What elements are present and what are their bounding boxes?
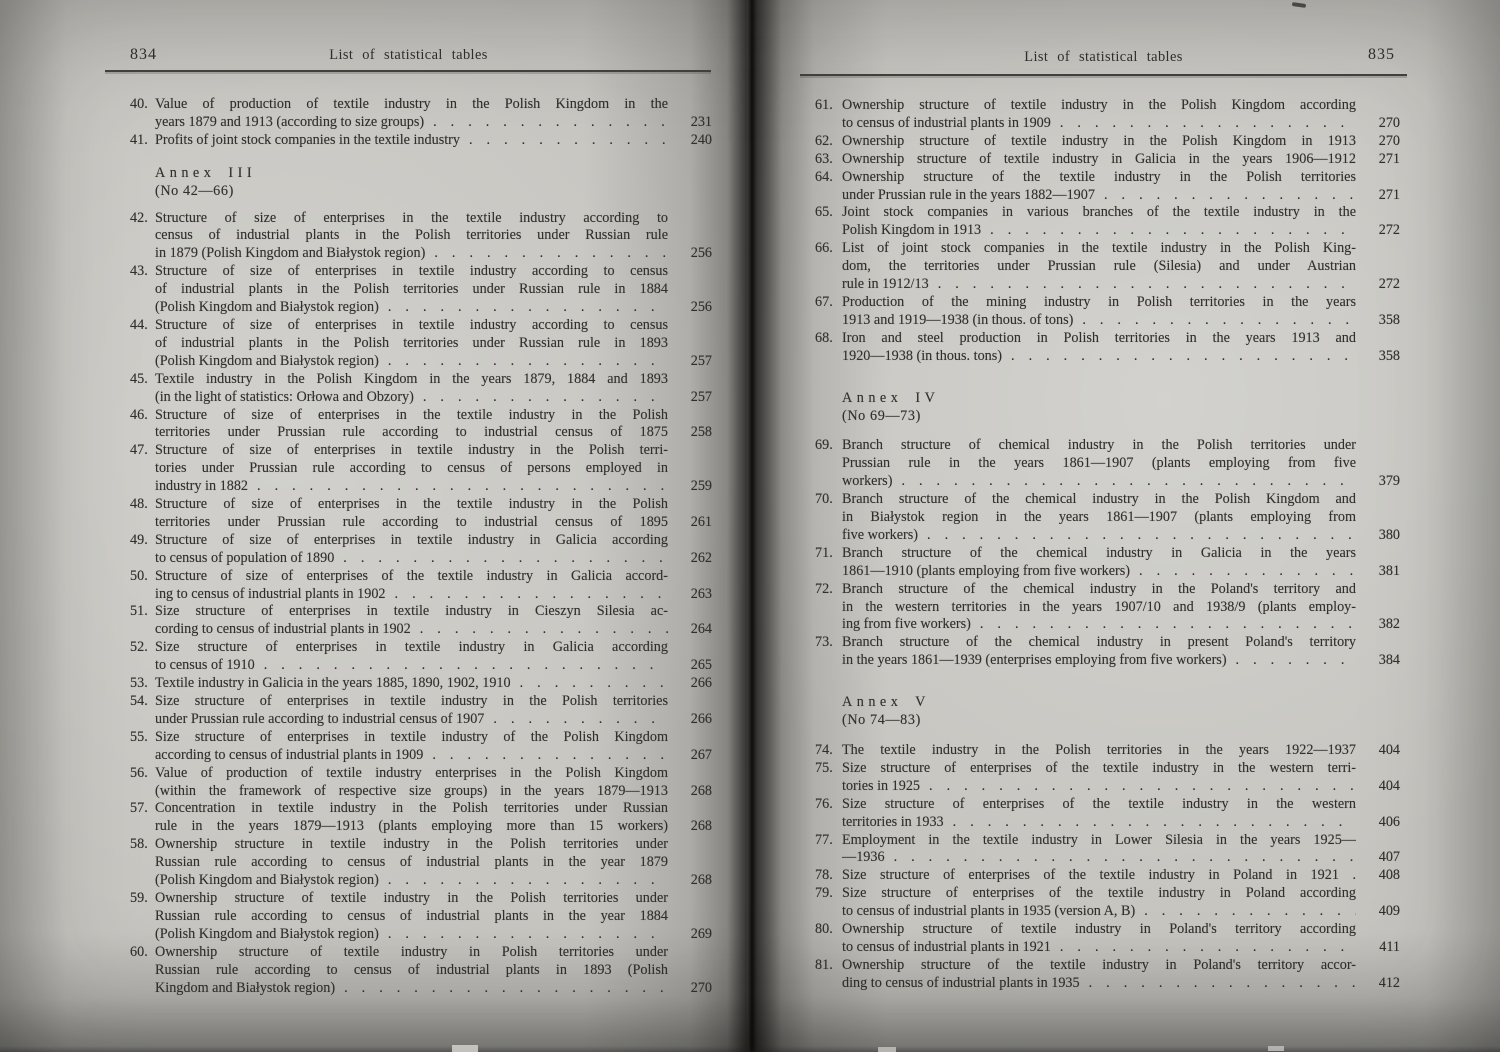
leader-dots: ........................................… <box>257 478 668 496</box>
item-number: 59. <box>130 890 148 908</box>
item-number: 50. <box>130 568 148 586</box>
page-ref: 409 <box>1356 903 1400 921</box>
toc-item: 72.Branch structure of the chemical indu… <box>815 581 1400 635</box>
toc-item: 60.Ownership structure of textile indust… <box>130 944 712 998</box>
item-text-line: of industrial plants in the Polish terri… <box>155 335 668 353</box>
leader-dots: ........................................… <box>990 222 1356 240</box>
page-ref: 404 <box>1356 778 1400 796</box>
page-ref: 264 <box>668 621 712 639</box>
leader-dots: ........................................… <box>432 747 668 765</box>
item-number: 44. <box>130 317 148 335</box>
item-text-line: Textile industry in the Polish Kingdom i… <box>155 371 668 389</box>
item-text-line: Branch structure of the chemical industr… <box>842 634 1356 652</box>
item-text-line: Branch structure of the chemical industr… <box>842 581 1356 599</box>
toc-item: 46.Structure of size of enterprises in t… <box>130 407 712 443</box>
page-ref: 270 <box>668 980 712 998</box>
item-text-line: to census of industrial plants in 1935 (… <box>842 903 1356 921</box>
item-text-line: to census of population of 1890.........… <box>155 550 668 568</box>
item-text-line: ding to census of industrial plants in 1… <box>842 975 1356 993</box>
toc-item: 54.Size structure of enterprises in text… <box>130 693 712 729</box>
item-text: (in the light of statistics: Orłowa and … <box>155 389 414 407</box>
item-text-line: Russian rule according to census of indu… <box>155 908 668 926</box>
toc-item: 67.Production of the mining industry in … <box>815 294 1400 330</box>
item-text-line: Prussian rule in the years 1861—1907 (pl… <box>842 455 1356 473</box>
item-number: 63. <box>815 151 833 169</box>
item-text-line: Ownership structure of textile industry … <box>155 890 668 908</box>
page-ref: 407 <box>1356 849 1400 867</box>
toc-item: 51.Size structure of enterprises in text… <box>130 603 712 639</box>
item-text-line: in the western territories in the years … <box>842 599 1356 617</box>
toc-item: 75.Size structure of enterprises of the … <box>815 760 1400 796</box>
item-number: 67. <box>815 294 833 312</box>
item-text: cording to census of industrial plants i… <box>155 621 411 639</box>
item-text: to census of industrial plants in 1935 (… <box>842 903 1135 921</box>
item-number: 79. <box>815 885 833 903</box>
item-text: 1913 and 1919—1938 (in thous. of tons) <box>842 312 1073 330</box>
item-number: 73. <box>815 634 833 652</box>
item-text-line: 1920—1938 (in thous. tons)..............… <box>842 348 1356 366</box>
page-ref: 404 <box>1356 742 1400 760</box>
leader-dots: ........................................… <box>1144 903 1356 921</box>
leader-dots: ........................................… <box>1139 563 1356 581</box>
toc-item: 65.Joint stock companies in various bran… <box>815 204 1400 240</box>
leader-dots: ........................................… <box>927 527 1356 545</box>
toc-item: 77.Employment in the textile industry in… <box>815 832 1400 868</box>
item-number: 57. <box>130 800 148 818</box>
item-text-line: —1936...................................… <box>842 849 1356 867</box>
page-ref: 379 <box>1356 473 1400 491</box>
item-text-line: 1861—1910 (plants employing from five wo… <box>842 563 1356 581</box>
annex-title: Annex III <box>155 165 712 183</box>
leader-dots: ........................................… <box>493 711 668 729</box>
page-ref: 358 <box>1356 312 1400 330</box>
item-text: (Polish Kingdom and Białystok region) <box>155 299 379 317</box>
page-ref: 265 <box>668 657 712 675</box>
item-text-line: Structure of size of enterprises in text… <box>155 317 668 335</box>
scan-artifact <box>1268 1046 1284 1051</box>
item-text-line: Size structure of enterprises in textile… <box>155 603 668 621</box>
item-number: 61. <box>815 97 833 115</box>
item-text-line: Russian rule according to census of indu… <box>155 854 668 872</box>
item-text: to census of industrial plants in 1921 <box>842 939 1051 957</box>
leader-dots: ........................................… <box>395 586 668 604</box>
item-text-line: industry in 1882........................… <box>155 478 668 496</box>
item-text-line: (Polish Kingdom and Białystok region)...… <box>155 872 668 890</box>
item-text-line: Textile industry in Galicia in the years… <box>155 675 668 693</box>
item-text-line: Profits of joint stock companies in the … <box>155 132 668 150</box>
right-page-number: 835 <box>1335 46 1395 64</box>
item-text-line: Structure of size of enterprises in the … <box>155 210 668 228</box>
item-text-line: Structure of size of enterprises in text… <box>155 263 668 281</box>
leader-dots: ........................................… <box>343 550 668 568</box>
page-ref: 267 <box>668 747 712 765</box>
item-number: 51. <box>130 603 148 621</box>
item-number: 64. <box>815 169 833 187</box>
toc-item: 58.Ownership structure in textile indust… <box>130 836 712 890</box>
leader-dots: ........................................… <box>423 389 668 407</box>
item-text: ing from five workers) <box>842 616 971 634</box>
book-scan: { "meta": { "document_title": "List of s… <box>0 0 1500 1052</box>
toc-item: 52.Size structure of enterprises in text… <box>130 639 712 675</box>
item-text-line: Structure of size of enterprises of the … <box>155 568 668 586</box>
toc-item: 64.Ownership structure of the textile in… <box>815 169 1400 205</box>
toc-item: 53.Textile industry in Galicia in the ye… <box>130 675 712 693</box>
item-text: five workers) <box>842 527 918 545</box>
item-text-line: five workers)...........................… <box>842 527 1356 545</box>
leader-dots: ........................................… <box>344 980 668 998</box>
item-text: —1936 <box>842 849 885 867</box>
leader-dots: ........................................… <box>434 245 668 263</box>
toc-item: 71.Branch structure of the chemical indu… <box>815 545 1400 581</box>
leader-dots: ........................................… <box>894 849 1356 867</box>
leader-dots: ........................................… <box>953 814 1356 832</box>
leader-dots: ........................................… <box>388 926 668 944</box>
item-text: to census of population of 1890 <box>155 550 334 568</box>
annex-number-range: (No 42—66) <box>155 183 712 201</box>
toc-item: 78.Size structure of enterprises of the … <box>815 867 1400 885</box>
scan-artifact <box>878 1047 896 1052</box>
toc-item: 74.The textile industry in the Polish te… <box>815 742 1400 760</box>
item-text-line: Branch structure of chemical industry in… <box>842 437 1356 455</box>
leader-dots: ........................................… <box>1089 975 1356 993</box>
page-ref: 271 <box>1356 187 1400 205</box>
page-ref: 266 <box>668 711 712 729</box>
leader-dots: ........................................… <box>388 353 668 371</box>
item-number: 54. <box>130 693 148 711</box>
item-text-line: workers)................................… <box>842 473 1356 491</box>
item-text: in the years 1861—1939 (enterprises empl… <box>842 652 1227 670</box>
toc-item: 81.Ownership structure of the textile in… <box>815 957 1400 993</box>
item-text-line: under Prussian rule in the years 1882—19… <box>842 187 1356 205</box>
toc-item: 41.Profits of joint stock companies in t… <box>130 132 712 150</box>
item-text-line: Branch structure of the chemical industr… <box>842 491 1356 509</box>
item-text-line: Size structure of enterprises of the tex… <box>842 885 1356 903</box>
page-ref: 270 <box>1356 115 1400 133</box>
leader-dots: ........................................… <box>980 616 1356 634</box>
item-text-line: (Polish Kingdom and Białystok region)...… <box>155 926 668 944</box>
toc-item: 49.Structure of size of enterprises in t… <box>130 532 712 568</box>
item-text-line: Ownership structure of textile industry … <box>842 97 1356 115</box>
item-text-line: in the years 1861—1939 (enterprises empl… <box>842 652 1356 670</box>
annex-heading: Annex IV(No 69—73) <box>842 390 1400 426</box>
item-text-line: Size structure of enterprises in textile… <box>155 639 668 657</box>
toc-item: 40.Value of production of textile indust… <box>130 96 712 132</box>
item-number: 69. <box>815 437 833 455</box>
item-text-line: to census of industrial plants in 1921..… <box>842 939 1356 957</box>
item-text: tories in 1925 <box>842 778 920 796</box>
item-text-line: (within the framework of respective size… <box>155 783 668 801</box>
item-text-line: tories in 1925..........................… <box>842 778 1356 796</box>
page-ref: 406 <box>1356 814 1400 832</box>
item-number: 43. <box>130 263 148 281</box>
item-text-line: Ownership structure of textile industry … <box>842 133 1356 151</box>
item-text: Polish Kingdom in 1913 <box>842 222 981 240</box>
annex-heading: Annex III(No 42—66) <box>155 165 712 201</box>
item-text: (Polish Kingdom and Białystok region) <box>155 872 379 890</box>
page-ref: 271 <box>1356 151 1400 169</box>
item-text: territories in 1933 <box>842 814 944 832</box>
item-text-line: rule in 1912/13.........................… <box>842 276 1356 294</box>
page-ref: 266 <box>668 675 712 693</box>
page-ref: 268 <box>668 783 712 801</box>
page-ref: 408 <box>1356 867 1400 885</box>
item-text: years 1879 and 1913 (according to size g… <box>155 114 424 132</box>
leader-dots: ........................................… <box>388 299 668 317</box>
scan-artifact <box>452 1045 478 1052</box>
item-text-line: Size structure of enterprises in textile… <box>155 693 668 711</box>
leader-dots: ........................................… <box>1236 652 1356 670</box>
item-number: 40. <box>130 96 148 114</box>
toc-item: 47.Structure of size of enterprises in t… <box>130 442 712 496</box>
item-text-line: Ownership structure in textile industry … <box>155 836 668 854</box>
page-ref: 381 <box>1356 563 1400 581</box>
item-text-line: ing from five workers)..................… <box>842 616 1356 634</box>
right-running-head: List of statistical tables <box>800 49 1407 66</box>
item-text: (Polish Kingdom and Białystok region) <box>155 353 379 371</box>
leader-dots: ........................................… <box>938 276 1356 294</box>
item-text: rule in 1912/13 <box>842 276 929 294</box>
toc-item: 55.Size structure of enterprises in text… <box>130 729 712 765</box>
item-text: 1861—1910 (plants employing from five wo… <box>842 563 1130 581</box>
item-number: 53. <box>130 675 148 693</box>
toc-item: 44.Structure of size of enterprises in t… <box>130 317 712 371</box>
item-number: 52. <box>130 639 148 657</box>
toc-item: 48.Structure of size of enterprises in t… <box>130 496 712 532</box>
item-text: (Polish Kingdom and Białystok region) <box>155 926 379 944</box>
leader-dots: ........................................… <box>1060 115 1356 133</box>
item-text-line: territories under Prussian rule accordin… <box>155 514 668 532</box>
toc-item: 45.Textile industry in the Polish Kingdo… <box>130 371 712 407</box>
item-text: ing to census of industrial plants in 19… <box>155 586 386 604</box>
item-text-line: Ownership structure of the textile indus… <box>842 169 1356 187</box>
toc-item: 56.Value of production of textile indust… <box>130 765 712 801</box>
item-text: Textile industry in Galicia in the years… <box>155 675 511 693</box>
page-ref: 384 <box>1356 652 1400 670</box>
item-text-line: (Polish Kingdom and Białystok region)...… <box>155 353 668 371</box>
page-ref: 272 <box>1356 276 1400 294</box>
item-text-line: territories under Prussian rule accordin… <box>155 424 668 442</box>
item-text-line: according to census of industrial plants… <box>155 747 668 765</box>
item-text-line: under Prussian rule according to industr… <box>155 711 668 729</box>
annex-heading: Annex V(No 74—83) <box>842 694 1400 730</box>
item-number: 42. <box>130 210 148 228</box>
item-text-line: Employment in the textile industry in Lo… <box>842 832 1356 850</box>
leader-dots: ........................................… <box>1104 187 1356 205</box>
toc-item: 76.Size structure of enterprises of the … <box>815 796 1400 832</box>
item-text-line: Value of production of textile industry … <box>155 96 668 114</box>
item-number: 75. <box>815 760 833 778</box>
scan-artifact <box>1292 2 1306 8</box>
leader-dots: ........................................… <box>901 473 1356 491</box>
toc-item: 73.Branch structure of the chemical indu… <box>815 634 1400 670</box>
item-text: 1920—1938 (in thous. tons) <box>842 348 1002 366</box>
item-number: 41. <box>130 132 148 150</box>
annex-number-range: (No 69—73) <box>842 408 1400 426</box>
item-text-line: List of joint stock companies in the tex… <box>842 240 1356 258</box>
item-text: workers) <box>842 473 892 491</box>
item-text: under Prussian rule according to industr… <box>155 711 484 729</box>
item-text: under Prussian rule in the years 1882—19… <box>842 187 1095 205</box>
item-number: 58. <box>130 836 148 854</box>
item-number: 46. <box>130 407 148 425</box>
item-number: 76. <box>815 796 833 814</box>
toc-item: 69.Branch structure of chemical industry… <box>815 437 1400 491</box>
page-ref: 263 <box>668 586 712 604</box>
item-text: ding to census of industrial plants in 1… <box>842 975 1080 993</box>
leader-dots: ........................................… <box>420 621 668 639</box>
toc-item: 66.List of joint stock companies in the … <box>815 240 1400 294</box>
item-text-line: Russian rule according to census of indu… <box>155 962 668 980</box>
toc-item: 57.Concentration in textile industry in … <box>130 800 712 836</box>
page-ref: 269 <box>668 926 712 944</box>
page-ref: 358 <box>1356 348 1400 366</box>
item-text-line: Polish Kingdom in 1913..................… <box>842 222 1356 240</box>
page-ref: 411 <box>1356 939 1400 957</box>
item-text-line: Ownership structure of textile industry … <box>155 944 668 962</box>
item-number: 72. <box>815 581 833 599</box>
item-text-line: cording to census of industrial plants i… <box>155 621 668 639</box>
page-ref: 382 <box>1356 616 1400 634</box>
item-text-line: Structure of size of enterprises in the … <box>155 496 668 514</box>
item-text: in 1879 (Polish Kingdom and Białystok re… <box>155 245 425 263</box>
item-text-line: in Białystok region in the years 1861—19… <box>842 509 1356 527</box>
item-text-line: of industrial plants in the Polish terri… <box>155 281 668 299</box>
page-ref: 268 <box>668 872 712 890</box>
toc-item: 61.Ownership structure of textile indust… <box>815 97 1400 133</box>
page-ref: 272 <box>1356 222 1400 240</box>
left-running-head: List of statistical tables <box>105 47 712 64</box>
page-ref: 270 <box>1356 133 1400 151</box>
item-number: 70. <box>815 491 833 509</box>
toc-item: 80.Ownership structure of textile indust… <box>815 921 1400 957</box>
item-text-line: Size structure of enterprises of the tex… <box>842 867 1356 885</box>
item-text-line: Production of the mining industry in Pol… <box>842 294 1356 312</box>
page-ref: 261 <box>668 514 712 532</box>
item-text-line: to census of industrial plants in 1909..… <box>842 115 1356 133</box>
item-text-line: Size structure of enterprises of the tex… <box>842 796 1356 814</box>
leader-dots: ........................................… <box>388 872 668 890</box>
item-number: 49. <box>130 532 148 550</box>
item-number: 68. <box>815 330 833 348</box>
item-number: 62. <box>815 133 833 151</box>
item-text-line: Ownership structure of the textile indus… <box>842 957 1356 975</box>
annex-number-range: (No 74—83) <box>842 712 1400 730</box>
item-text-line: Ownership structure of textile industry … <box>842 151 1356 169</box>
item-text-line: Concentration in textile industry in the… <box>155 800 668 818</box>
item-text: to census of 1910 <box>155 657 255 675</box>
page-ref: 256 <box>668 299 712 317</box>
page-ref: 412 <box>1356 975 1400 993</box>
item-number: 77. <box>815 832 833 850</box>
item-text-line: territories in 1933.....................… <box>842 814 1356 832</box>
item-number: 74. <box>815 742 833 760</box>
toc-item: 43.Structure of size of enterprises in t… <box>130 263 712 317</box>
item-text-line: Iron and steel production in Polish terr… <box>842 330 1356 348</box>
page-ref: 268 <box>668 818 712 836</box>
item-text-line: (in the light of statistics: Orłowa and … <box>155 389 668 407</box>
item-number: 66. <box>815 240 833 258</box>
toc-item: 79.Size structure of enterprises of the … <box>815 885 1400 921</box>
item-text-line: Ownership structure of textile industry … <box>842 921 1356 939</box>
item-text-line: to census of 1910.......................… <box>155 657 668 675</box>
item-text-line: Kingdom and Białystok region)...........… <box>155 980 668 998</box>
item-number: 65. <box>815 204 833 222</box>
leader-dots: ........................................… <box>1060 939 1356 957</box>
leader-dots: ........................................… <box>520 675 668 693</box>
toc-item: 62.Ownership structure of textile indust… <box>815 133 1400 151</box>
item-number: 81. <box>815 957 833 975</box>
item-text-line: rule in the years 1879—1913 (plants empl… <box>155 818 668 836</box>
item-text-line: ing to census of industrial plants in 19… <box>155 586 668 604</box>
leader-dots: ........................................… <box>264 657 668 675</box>
item-text-line: Structure of size of enterprises in text… <box>155 442 668 460</box>
item-text-line: census of industrial plants in the Polis… <box>155 227 668 245</box>
annex-title: Annex IV <box>842 390 1400 408</box>
left-toc-column: 40.Value of production of textile indust… <box>130 96 712 997</box>
toc-item: 68.Iron and steel production in Polish t… <box>815 330 1400 366</box>
item-text-line: 1913 and 1919—1938 (in thous. of tons)..… <box>842 312 1356 330</box>
toc-item: 63.Ownership structure of textile indust… <box>815 151 1400 169</box>
header-rule <box>105 70 711 72</box>
page-ref: 380 <box>1356 527 1400 545</box>
item-text-line: (Polish Kingdom and Białystok region)...… <box>155 299 668 317</box>
item-text-line: Size structure of enterprises of the tex… <box>842 760 1356 778</box>
leader-dots: ........................................… <box>929 778 1356 796</box>
leader-dots: ........................................… <box>433 114 668 132</box>
item-text: according to census of industrial plants… <box>155 747 423 765</box>
page-ref: 258 <box>668 424 712 442</box>
item-number: 56. <box>130 765 148 783</box>
item-text-line: Value of production of textile industry … <box>155 765 668 783</box>
page-ref: 256 <box>668 245 712 263</box>
item-text-line: The textile industry in the Polish terri… <box>842 742 1356 760</box>
toc-item: 50.Structure of size of enterprises of t… <box>130 568 712 604</box>
page-ref: 262 <box>668 550 712 568</box>
page-ref: 257 <box>668 389 712 407</box>
page-ref: 240 <box>668 132 712 150</box>
page-ref: 231 <box>668 114 712 132</box>
page-ref: 259 <box>668 478 712 496</box>
item-text: industry in 1882 <box>155 478 248 496</box>
annex-title: Annex V <box>842 694 1400 712</box>
item-text-line: dom, the territories under Prussian rule… <box>842 258 1356 276</box>
leader-dots: ........................................… <box>1082 312 1356 330</box>
item-text-line: tories under Prussian rule according to … <box>155 460 668 478</box>
item-text: Kingdom and Białystok region) <box>155 980 335 998</box>
item-number: 45. <box>130 371 148 389</box>
item-text: Profits of joint stock companies in the … <box>155 132 460 150</box>
page-ref: 257 <box>668 353 712 371</box>
header-rule <box>800 74 1407 76</box>
toc-item: 70.Branch structure of the chemical indu… <box>815 491 1400 545</box>
item-text-line: Size structure of enterprises in textile… <box>155 729 668 747</box>
item-text-line: Joint stock companies in various branche… <box>842 204 1356 222</box>
right-toc-column: 61.Ownership structure of textile indust… <box>815 97 1400 993</box>
item-number: 80. <box>815 921 833 939</box>
toc-item: 42.Structure of size of enterprises in t… <box>130 210 712 264</box>
item-text-line: years 1879 and 1913 (according to size g… <box>155 114 668 132</box>
item-text-line: in 1879 (Polish Kingdom and Białystok re… <box>155 245 668 263</box>
item-number: 47. <box>130 442 148 460</box>
item-text-line: Structure of size of enterprises in text… <box>155 532 668 550</box>
item-number: 71. <box>815 545 833 563</box>
leader-dots: ........................................… <box>469 132 668 150</box>
item-text-line: Structure of size of enterprises in the … <box>155 407 668 425</box>
item-number: 60. <box>130 944 148 962</box>
item-text: to census of industrial plants in 1909 <box>842 115 1051 133</box>
leader-dots: ........................................… <box>1011 348 1356 366</box>
item-number: 78. <box>815 867 833 885</box>
